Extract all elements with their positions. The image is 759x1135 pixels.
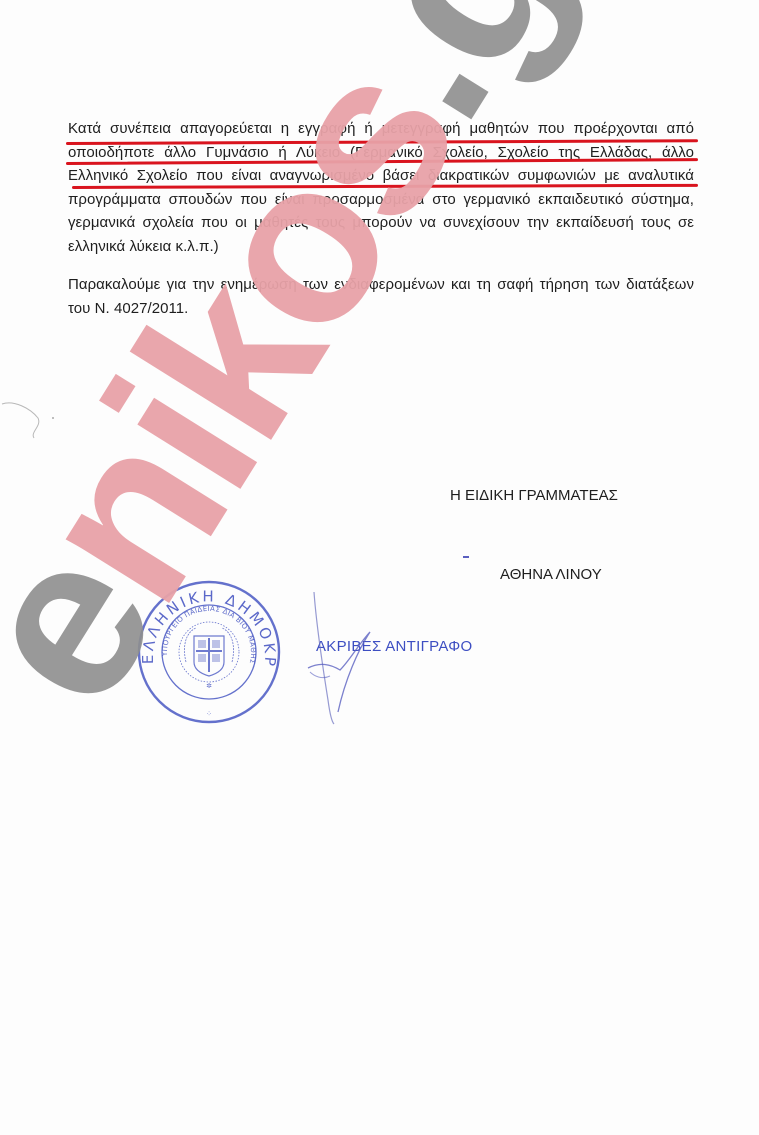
text-line: ελληνικά λύκεια κ.λ.π.)	[68, 235, 694, 259]
text-line: του Ν. 4027/2011.	[68, 297, 694, 321]
signatory-title: Η ΕΙΔΙΚΗ ΓΡΑΜΜΑΤΕΑΣ	[450, 487, 618, 504]
svg-text:✲: ✲	[206, 682, 212, 690]
text-line: γερμανικά σχολεία που οι μαθητές τους μπ…	[68, 211, 694, 235]
text-line: Παρακαλούμε για την ενημέρωση των ενδιαφ…	[68, 273, 694, 297]
signatory-name: ΑΘΗΝΑ ΛΙΝΟΥ	[500, 566, 602, 583]
svg-text:ΕΛΛΗΝΙΚΗ ΔΗΜΟΚΡΑΤΙΑ: ΕΛΛΗΝΙΚΗ ΔΗΜΟΚΡΑΤΙΑ	[136, 576, 279, 670]
signature-scribble-icon	[300, 590, 390, 725]
paragraph-request: Παρακαλούμε για την ενημέρωση των ενδιαφ…	[68, 273, 694, 320]
text-line: Κατά συνέπεια απαγορεύεται η εγγραφή ή μ…	[68, 117, 694, 141]
svg-text:⁘: ⁘	[206, 710, 212, 718]
ink-mark	[463, 556, 469, 558]
official-seal-icon: ΕΛΛΗΝΙΚΗ ΔΗΜΟΚΡΑΤΙΑ ΥΠΟΥΡΓΕΙΟ ΠΑΙΔΕΙΑΣ Δ…	[136, 576, 282, 726]
text-line: προγράμματα σπουδών που είναι προσαρμοσμ…	[68, 188, 694, 212]
pen-mark-icon	[0, 380, 60, 440]
document-page: Κατά συνέπεια απαγορεύεται η εγγραφή ή μ…	[0, 0, 759, 1135]
